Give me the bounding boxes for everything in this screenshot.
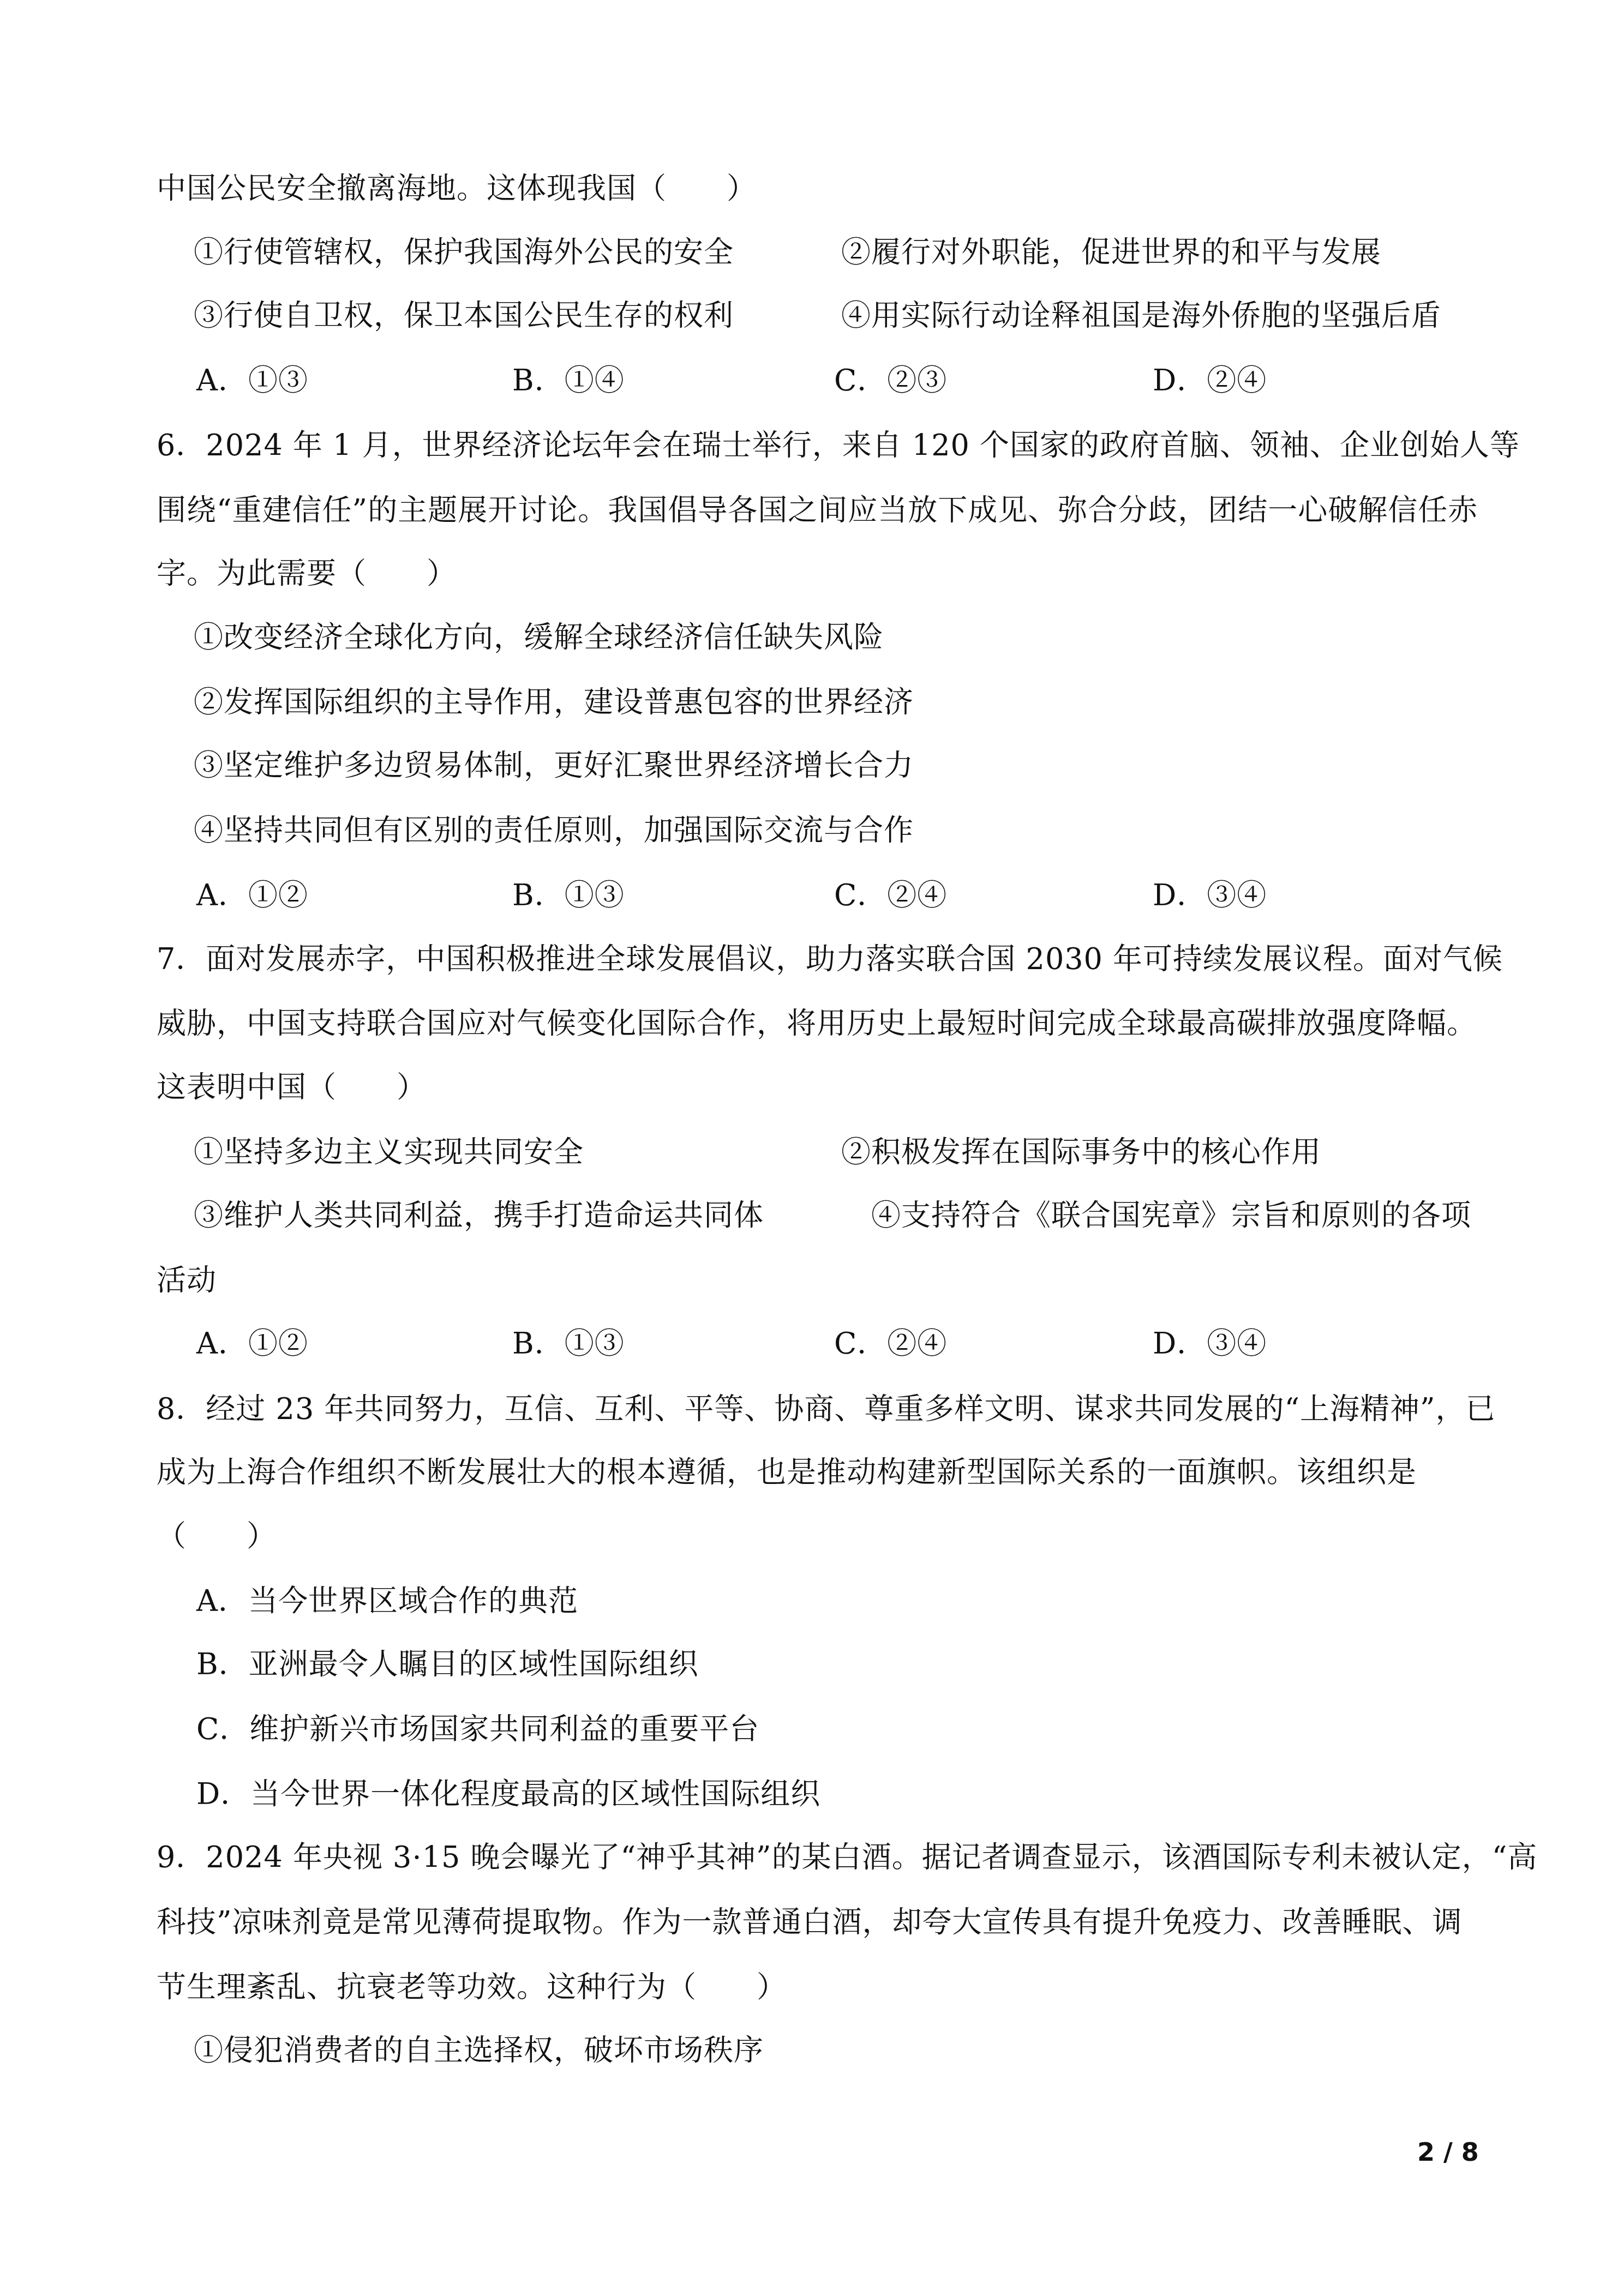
q8-stem-line-2: 成为上海合作组织不断发展壮大的根本遵循，也是推动构建新型国际关系的一面旗帜。该组…: [157, 1455, 1417, 1490]
q5-option-b: B．①④: [512, 363, 625, 398]
q7-item-2: ②积极发挥在国际事务中的核心作用: [841, 1135, 1321, 1170]
q7-item-4: ④支持符合《联合国宪章》宗旨和原则的各项: [871, 1198, 1471, 1233]
q7-stem-line-1: 7．面对发展赤字，中国积极推进全球发展倡议，助力落实联合国 2030 年可持续发…: [157, 942, 1503, 977]
q6-option-b: B．①③: [512, 878, 625, 913]
q5-item-3: ③行使自卫权，保卫本国公民生存的权利: [194, 298, 734, 333]
q5-item-1: ①行使管辖权，保护我国海外公民的安全: [194, 235, 734, 270]
q9-stem-line-1: 9．2024 年央视 3·15 晚会曝光了“神乎其神”的某白酒。据记者调查显示，…: [157, 1840, 1537, 1875]
q8-option-c: C．维护新兴市场国家共同利益的重要平台: [196, 1712, 759, 1747]
q5-option-c: C．②③: [834, 363, 947, 398]
q6-option-a: A．①②: [196, 878, 308, 913]
q7-stem-line-3: 这表明中国（ ）: [157, 1070, 427, 1105]
q7-stem-line-2: 威胁，中国支持联合国应对气候变化国际合作，将用历史上最短时间完成全球最高碳排放强…: [157, 1006, 1477, 1041]
q7-option-c: C．②④: [834, 1326, 947, 1361]
q8-stem-line-1: 8．经过 23 年共同努力，互信、互利、平等、协商、尊重多样文明、谋求共同发展的…: [157, 1392, 1496, 1427]
q6-stem-line-3: 字。为此需要（ ）: [157, 556, 457, 591]
q9-stem-line-2: 科技”凉味剂竟是常见薄荷提取物。作为一款普通白酒，却夸大宣传具有提升免疫力、改善…: [157, 1905, 1463, 1940]
q7-option-a: A．①②: [196, 1326, 308, 1361]
q9-item-1: ①侵犯消费者的自主选择权，破坏市场秩序: [194, 2033, 764, 2068]
q6-item-4: ④坚持共同但有区别的责任原则，加强国际交流与合作: [194, 813, 914, 848]
q6-stem-line-2: 围绕“重建信任”的主题展开讨论。我国倡导各国之间应当放下成见、弥合分歧，团结一心…: [157, 493, 1478, 528]
q7-option-b: B．①③: [512, 1326, 625, 1361]
q7-item-3: ③维护人类共同利益，携手打造命运共同体: [194, 1198, 764, 1233]
q8-option-a: A．当今世界区域合作的典范: [196, 1584, 578, 1619]
q8-option-d: D．当今世界一体化程度最高的区域性国际组织: [196, 1777, 820, 1812]
q7-item-1: ①坚持多边主义实现共同安全: [194, 1135, 584, 1170]
q5-stem-line: 中国公民安全撤离海地。这体现我国（ ）: [157, 171, 757, 206]
q6-item-1: ①改变经济全球化方向，缓解全球经济信任缺失风险: [194, 620, 884, 655]
q5-option-a: A．①③: [196, 363, 308, 398]
page-number: 2 / 8: [1417, 2137, 1479, 2167]
q6-option-d: D．③④: [1153, 878, 1267, 913]
q7-item-4-continued: 活动: [157, 1263, 217, 1298]
q7-option-d: D．③④: [1153, 1326, 1267, 1361]
exam-page: 中国公民安全撤离海地。这体现我国（ ） ①行使管辖权，保护我国海外公民的安全 ②…: [0, 0, 1624, 2296]
q9-stem-line-3: 节生理紊乱、抗衰老等功效。这种行为（ ）: [157, 1970, 787, 2005]
q5-option-d: D．②④: [1153, 363, 1267, 398]
q5-item-2: ②履行对外职能，促进世界的和平与发展: [841, 235, 1381, 270]
q6-item-2: ②发挥国际组织的主导作用，建设普惠包容的世界经济: [194, 685, 914, 720]
q8-option-b: B．亚洲最令人瞩目的区域性国际组织: [196, 1647, 699, 1682]
q5-item-4: ④用实际行动诠释祖国是海外侨胞的坚强后盾: [841, 298, 1441, 333]
q6-item-3: ③坚定维护多边贸易体制，更好汇聚世界经济增长合力: [194, 748, 914, 783]
q6-option-c: C．②④: [834, 878, 947, 913]
q6-stem-line-1: 6．2024 年 1 月，世界经济论坛年会在瑞士举行，来自 120 个国家的政府…: [157, 428, 1520, 463]
q8-stem-line-3: （ ）: [157, 1519, 277, 1554]
